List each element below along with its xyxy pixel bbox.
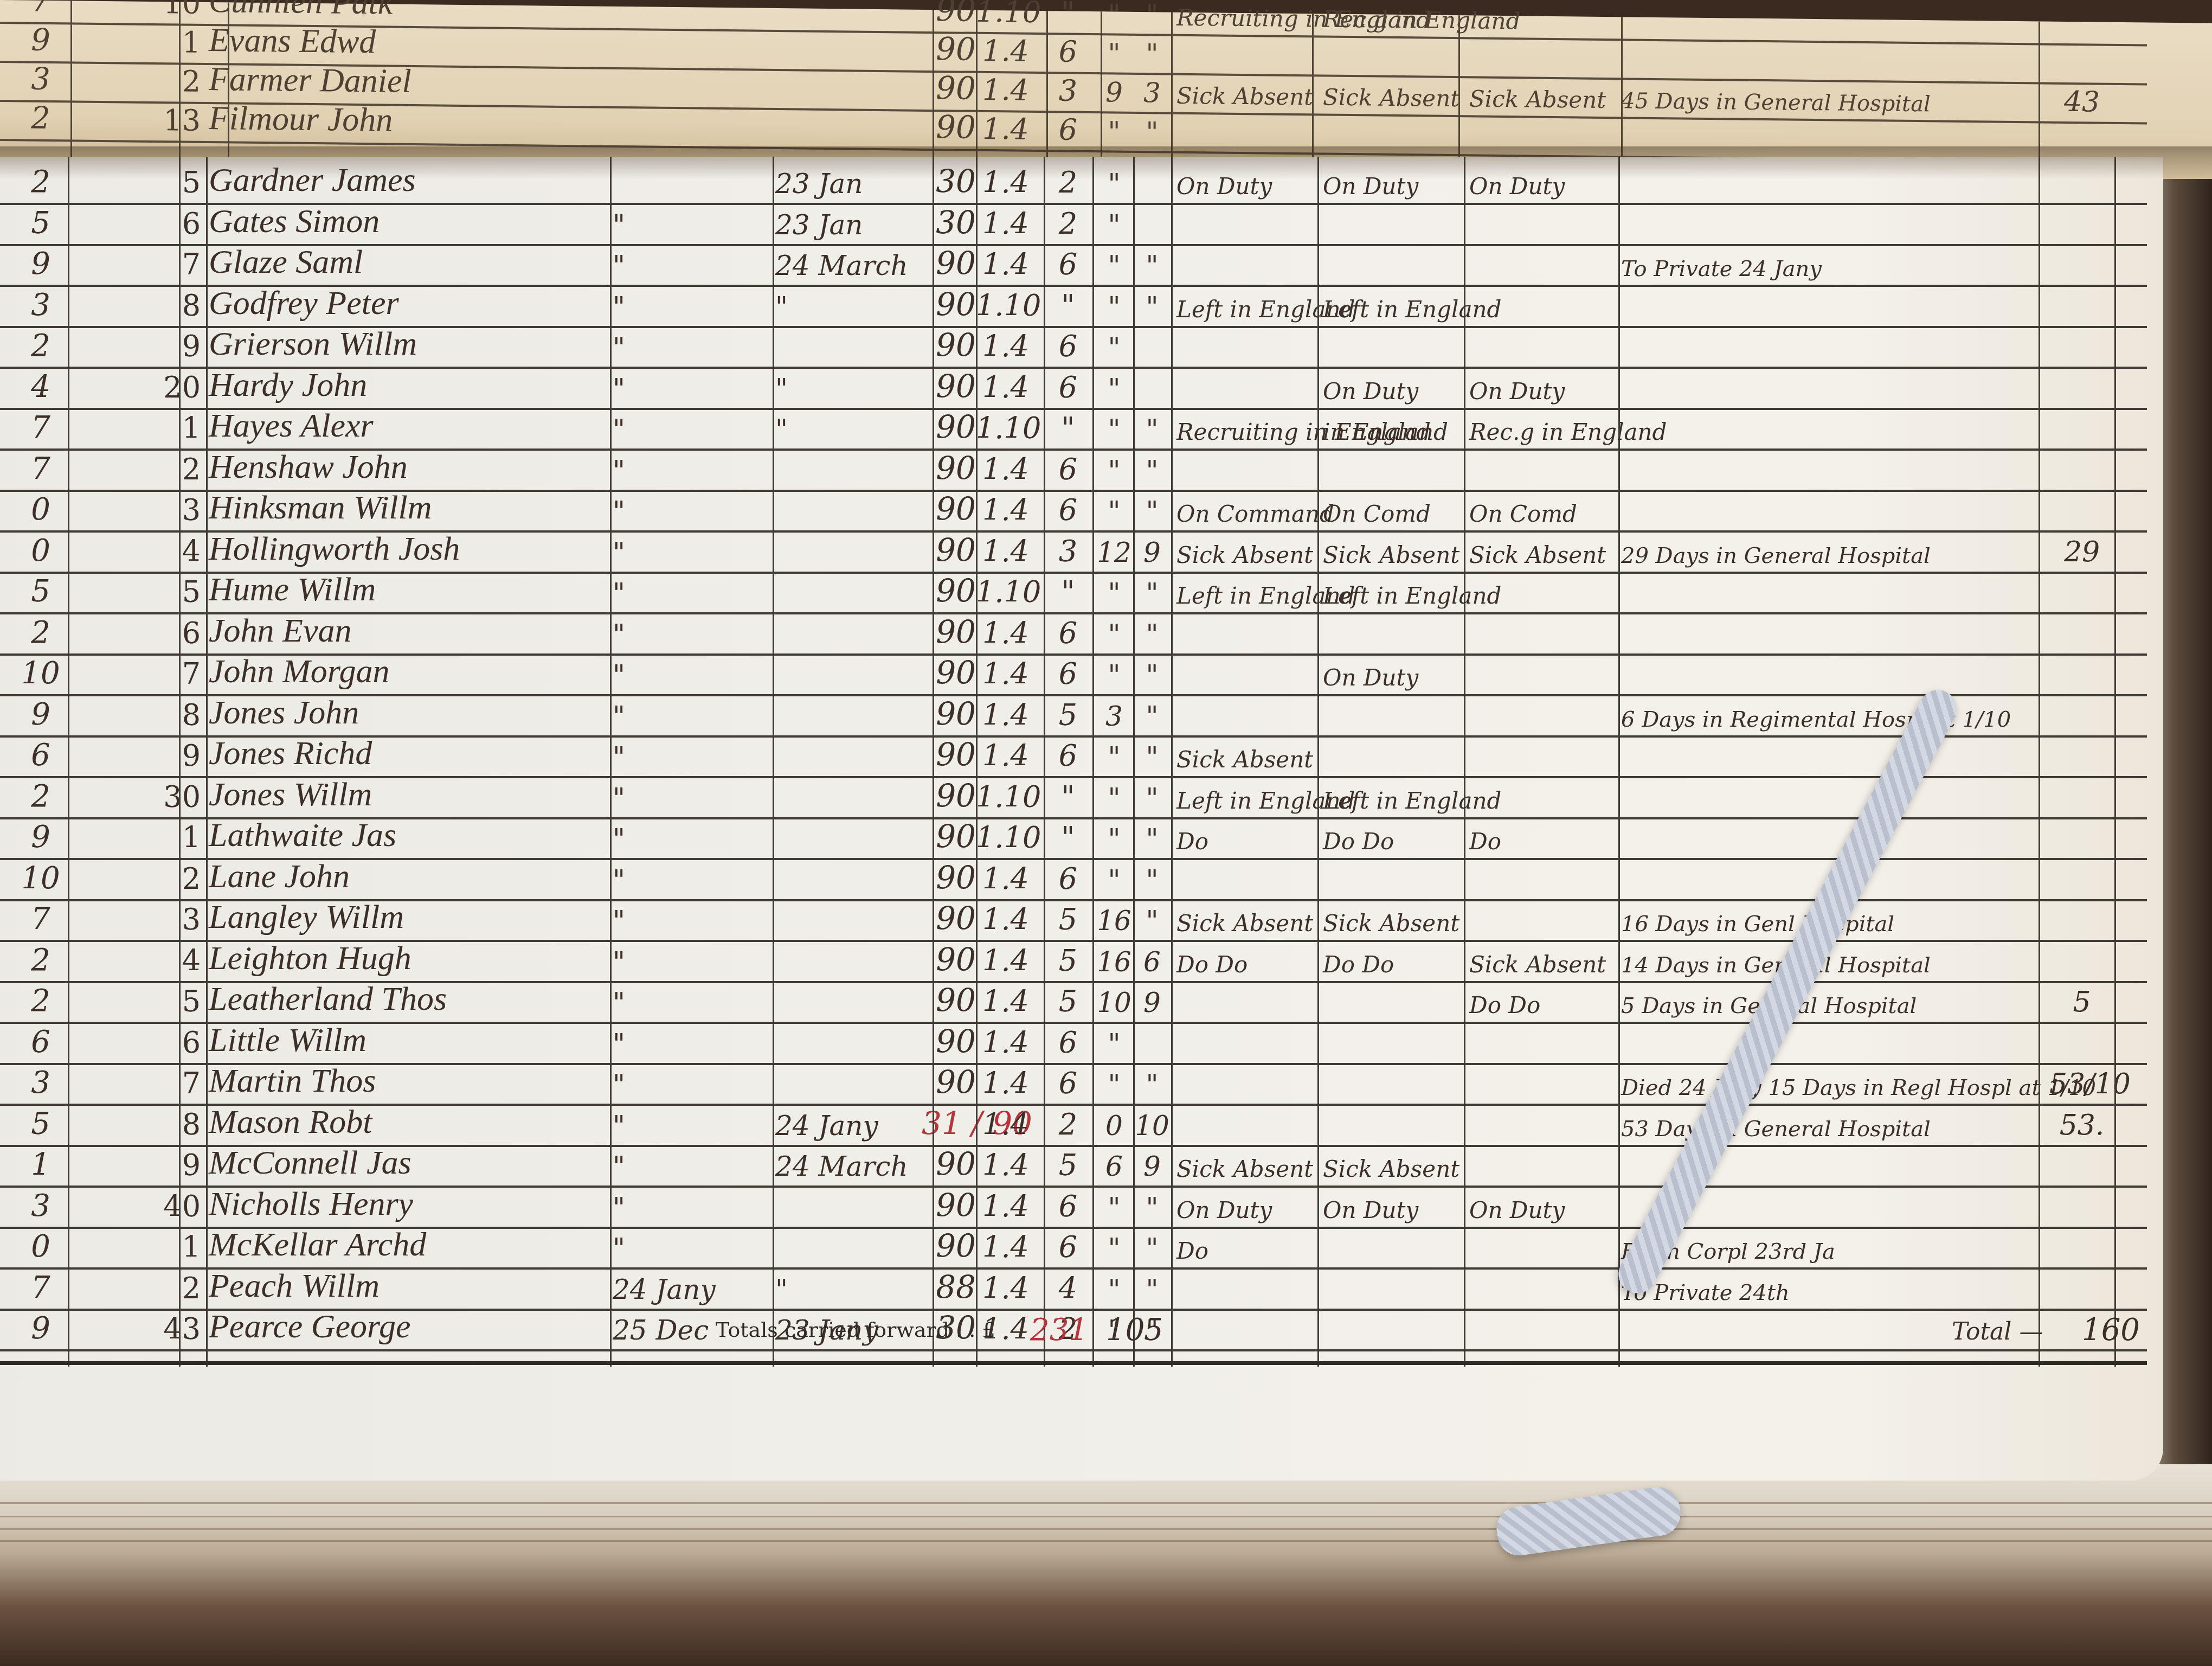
days-count: 90 [922,1023,976,1060]
remarks [1621,74,2033,79]
amount-pence: " [1133,414,1171,445]
tally-mark: 3 [16,61,65,97]
tally-mark: 9 [16,697,65,732]
date-from: " [613,250,775,281]
amount-pounds: " [1046,575,1090,609]
ledger-row: 03Hinksman Willm"901.46""On CommandOn Co… [0,490,2147,533]
row-number: 4 [141,534,201,568]
amount-pence: " [1133,0,1171,31]
row-number: 1 [141,1230,201,1264]
date-from: " [613,496,775,527]
ledger-row: 71Hayes Alexr""901.10"""Recruiting in En… [0,408,2147,451]
status-month-3: Rec.g in England [1469,419,1616,445]
amount-shillings: " [1095,578,1133,609]
days-count: 90 [922,490,976,527]
amount-pounds: 6 [1046,1026,1090,1060]
soldier-name: Jones John [209,694,599,732]
amount-shillings: " [1095,1274,1133,1305]
amount-pence: " [1133,823,1171,855]
tally-mark: 6 [16,1024,65,1060]
row-number: 8 [141,698,201,732]
tally-mark: 10 [16,656,65,691]
row-number: 20 [141,370,201,405]
status-month-3: On Comd [1469,501,1616,527]
soldier-name: Hayes Alexr [209,407,599,445]
ledger-row: 72Peach Willm24 Jany"881.44""To Private … [0,1268,2147,1311]
tally-mark: 0 [16,533,65,568]
column-rule [179,157,181,1367]
soldier-name: Leatherland Thos [209,980,599,1018]
status-month-3: Sick Absent [1469,542,1616,568]
days-count: 90 [922,108,976,146]
amount-pence: " [1133,659,1171,691]
date-from: " [613,741,775,773]
amount-pence: " [1133,116,1171,148]
row-total: 53. [2049,1109,2114,1142]
row-number: 2 [141,64,201,99]
tally-mark: 5 [16,206,65,241]
amount-pounds: 5 [1046,698,1090,732]
daily-rate: 1.4 [976,329,1036,363]
status-month-1: Do [1176,1238,1323,1264]
days-count: 90 [922,818,976,855]
amount-pounds: 6 [1046,112,1090,147]
soldier-name: Gates Simon [209,202,599,241]
soldier-name: Cunnien Patk [209,0,599,25]
amount-shillings: " [1095,783,1133,814]
date-from: " [613,209,775,241]
ledger-row: 107John Morgan"901.46""On Duty [0,654,2147,696]
days-count: 90 [922,1187,976,1223]
daily-rate: 1.4 [976,1189,1036,1223]
soldier-name: Glaze Saml [209,243,599,281]
days-count: 90 [922,326,976,363]
soldier-name: Pearce George [209,1308,599,1346]
days-count: 30 [922,204,976,241]
ledger-row: 55Hume Willm"901.10"""Left in EnglandLef… [0,572,2147,614]
row-number: 3 [141,902,201,937]
daily-rate: 1.4 [976,657,1036,691]
column-rule [933,10,934,167]
amount-pounds: 6 [1046,493,1090,527]
amount-pounds: " [1046,0,1090,30]
days-count: 90 [922,30,976,68]
amount-shillings: 16 [1095,905,1133,937]
date-from: " [613,823,775,855]
daily-rate: 1.4 [976,944,1036,978]
totals-rule [0,1361,2147,1365]
amount-shillings: " [1095,455,1133,486]
amount-shillings: " [1095,250,1133,281]
days-count: 90 [922,245,976,281]
soldier-name: Peach Willm [209,1267,599,1305]
amount-shillings: 3 [1095,701,1133,732]
daily-rate: 1.4 [976,452,1036,486]
soldier-name: Jones Willm [209,776,599,814]
remarks: 6 Days in Regimental Hospl at 1/10 [1621,707,2033,732]
soldier-name: McKellar Archd [209,1226,599,1264]
tally-mark: 9 [16,1311,65,1346]
amount-pence: " [1133,783,1171,814]
soldier-name: Evans Edwd [209,21,599,64]
status-month-2: Sick Absent [1323,910,1469,937]
amount-pence: " [1133,38,1171,70]
date-to: 23 Jan [775,209,938,241]
totals-shillings: 10 [1106,1312,1144,1348]
amount-pounds: 6 [1046,370,1090,405]
row-total: 53/10 [2049,1068,2114,1100]
date-from: " [613,1028,775,1060]
amount-pounds: 6 [1046,34,1090,69]
row-number: 8 [141,289,201,323]
daily-rate: 1.10 [976,411,1036,445]
tally-mark: 3 [16,1188,65,1223]
date-from: " [613,659,775,691]
status-month-1: Recruiting in England [1176,419,1323,445]
ledger-row: 66Little Willm"901.46" [0,1023,2147,1065]
column-rule [1171,157,1173,1367]
status-month-1: Do [1176,828,1323,855]
daily-rate: 1.10 [976,575,1036,609]
row-total [2049,79,2114,80]
status-month-2: Sick Absent [1323,542,1469,568]
status-month-3: On Duty [1469,378,1616,405]
daily-rate: 1.4 [976,207,1036,241]
status-month-2: Sick Absent [1323,84,1469,112]
remarks: Died 24 Jany 15 Days in Regl Hospl at 1/… [1621,1075,2033,1100]
amount-shillings: 10 [1095,987,1133,1018]
date-to: 24 March [775,250,938,281]
amount-pence: " [1133,496,1171,527]
row-number: 8 [141,1107,201,1142]
tally-mark: 0 [16,1229,65,1264]
column-rule [1317,157,1319,1367]
days-count: 90 [922,736,976,773]
daily-rate: 1.4 [976,984,1036,1018]
tally-mark: 2 [16,983,65,1018]
remarks: 29 Days in General Hospital [1621,543,2033,568]
amount-shillings: " [1095,1069,1133,1100]
column-rule [206,157,208,1367]
date-from: " [613,1151,775,1182]
ledger-row: 38Godfrey Peter""901.10"""Left in Englan… [0,286,2147,328]
tally-mark: 6 [16,738,65,773]
date-from: " [613,946,775,978]
date-from: " [613,373,775,405]
days-count: 90 [922,531,976,568]
amount-pounds: 6 [1046,616,1090,650]
amount-shillings: 12 [1095,537,1133,568]
daily-rate: 1.10 [976,289,1036,323]
row-number: 43 [141,1312,201,1346]
status-month-3 [1469,73,1616,74]
daily-rate: 1.4 [976,34,1036,68]
soldier-name: Leighton Hugh [209,939,599,978]
row-number: 2 [141,862,201,896]
amount-pence: " [1133,1192,1171,1223]
amount-shillings: 0 [1095,1110,1133,1142]
ledger-row: 91Lathwaite Jas"901.10"""DoDo DoDo [0,818,2147,860]
status-month-1: On Duty [1176,1197,1323,1223]
status-month-1 [1176,70,1323,72]
remarks: From Corpl 23rd Ja [1621,1239,2033,1264]
ledger-row: 98Jones John"901.453"6 Days in Regimenta… [0,695,2147,738]
daily-rate: 1.10 [976,780,1036,814]
column-rule [70,1,72,158]
book-page-edges [0,1464,2212,1666]
date-from: " [613,332,775,363]
amount-shillings: " [1095,659,1133,691]
ledger-row: 04Hollingworth Josh"901.43129Sick Absent… [0,531,2147,574]
days-count: 90 [922,1145,976,1182]
amount-shillings: " [1095,1233,1133,1264]
status-month-1: Do Do [1176,951,1323,978]
grand-total-label: Total — [1952,1318,2043,1345]
date-to: " [775,373,938,405]
amount-pence: 9 [1133,537,1171,568]
ledger-row: 01McKellar Archd"901.46""DoFrom Corpl 23… [0,1227,2147,1270]
amount-shillings: " [1095,496,1133,527]
amount-shillings: " [1095,619,1133,650]
amount-pounds: 5 [1046,944,1090,978]
amount-shillings: " [1095,209,1133,241]
daily-rate: 1.4 [976,616,1036,650]
amount-shillings: " [1095,1192,1133,1223]
amount-pounds: 5 [1046,1148,1090,1182]
column-rule [1133,157,1135,1367]
tally-mark: 2 [16,943,65,978]
status-month-2: in England [1323,419,1469,445]
row-number: 3 [141,493,201,527]
status-month-1: Recruiting in England [1176,4,1323,33]
row-number: 10 [141,0,201,21]
totals-pounds: 231 [1030,1312,1088,1348]
row-number: 7 [141,657,201,691]
amount-pounds: 5 [1046,902,1090,937]
days-count: 90 [922,695,976,732]
amount-pence: " [1133,741,1171,773]
totals-pence: 5 [1144,1312,1163,1348]
days-count: 90 [922,286,976,323]
amount-pence: " [1133,1069,1171,1100]
days-count: 90 [922,368,976,405]
tally-mark: 1 [16,1147,65,1182]
days-count: 90 [922,1063,976,1100]
date-to: " [775,291,938,323]
tally-mark: 7 [16,451,65,486]
column-rule [1044,157,1045,1367]
date-from: " [613,455,775,486]
status-month-1: Sick Absent [1176,910,1323,937]
row-number: 2 [141,452,201,486]
soldier-name: Langley Willm [209,898,599,937]
amount-shillings: 6 [1095,1151,1133,1182]
status-month-2: Rec.g in England [1323,6,1469,34]
row-number: 1 [141,821,201,855]
row-number: 7 [141,247,201,281]
date-from: " [613,578,775,609]
tally-mark: 7 [16,901,65,937]
amount-pence: " [1133,701,1171,732]
soldier-name: Mason Robt [209,1103,599,1142]
tally-mark: 7 [16,410,65,445]
daily-rate: 1.4 [976,370,1036,405]
daily-rate: 1.4 [976,698,1036,732]
daily-rate: 1.4 [976,862,1036,896]
row-number: 5 [141,984,201,1018]
soldier-name: Hardy John [209,366,599,405]
amount-shillings: " [1095,332,1133,363]
date-from: " [613,291,775,323]
soldier-name: Godfrey Peter [209,284,599,323]
amount-pounds: " [1046,821,1090,855]
column-rule [773,157,774,1367]
date-from: " [613,619,775,650]
status-month-2: Do Do [1323,828,1469,855]
soldier-name: Lane John [209,857,599,896]
amount-shillings: " [1095,864,1133,896]
date-from: " [613,1069,775,1100]
date-from: " [613,414,775,445]
ledger-row: 340Nicholls Henry"901.46""On DutyOn Duty… [0,1187,2147,1229]
date-from: " [613,864,775,896]
status-month-2: On Duty [1323,378,1469,405]
status-month-2: Left in England [1323,296,1469,323]
days-count: 90 [922,0,976,29]
page-fold-shadow [0,146,2212,179]
soldier-name: Hinksman Willm [209,489,599,527]
tally-mark: 4 [16,369,65,405]
row-number: 4 [141,944,201,978]
ledger-row: 19McConnell Jas"24 March901.4569Sick Abs… [0,1145,2147,1188]
days-count: 90 [922,69,976,107]
amount-shillings: " [1095,741,1133,773]
row-number: 6 [141,207,201,241]
soldier-name: Martin Thos [209,1062,599,1100]
ledger-row: 37Martin Thos"901.46""Died 24 Jany 15 Da… [0,1063,2147,1106]
daily-rate: 1.4 [976,902,1036,937]
amount-pounds: 6 [1046,657,1090,691]
status-month-2: Left in England [1323,787,1469,814]
row-number: 6 [141,616,201,650]
amount-shillings: " [1095,1028,1133,1060]
remarks: 45 Days in General Hospital [1621,88,2033,118]
column-rule [68,157,69,1367]
daily-rate: 1.4 [976,1148,1036,1182]
remarks [1621,35,2033,40]
soldier-name: Little Willm [209,1021,599,1060]
amount-pounds: 3 [1046,534,1090,568]
days-count: 90 [922,572,976,609]
status-month-2: On Duty [1323,664,1469,691]
remarks: 5 Days in General Hospital [1621,994,2033,1018]
amount-pence: 9 [1133,1151,1171,1182]
status-month-1: Sick Absent [1176,1156,1323,1182]
daily-rate: 1.4 [976,739,1036,773]
amount-pence: " [1133,864,1171,896]
status-month-1: Left in England [1176,296,1323,323]
amount-shillings: " [1095,823,1133,855]
tally-mark: 7 [16,1270,65,1305]
column-rule [1101,11,1102,169]
amount-pence: " [1133,1233,1171,1264]
days-count: 90 [922,982,976,1018]
column-rule [1464,157,1465,1367]
days-count: 31 / 90 [922,1105,976,1142]
tally-mark: 0 [16,492,65,527]
status-month-1: Sick Absent [1176,746,1323,773]
soldier-name: Farmer Daniel [209,60,599,103]
amount-pence: 10 [1133,1110,1171,1142]
days-count: 90 [922,654,976,691]
amount-shillings: " [1095,291,1133,323]
daily-rate: 1.4 [976,73,1036,107]
tally-mark: 9 [16,819,65,855]
date-from: " [613,701,775,732]
status-month-2: On Comd [1323,501,1469,527]
ledger-row: 420Hardy John""901.46"On DutyOn Duty [0,368,2147,410]
row-number: 2 [141,1271,201,1305]
status-month-2: Left in England [1323,582,1469,609]
status-month-3: Sick Absent [1469,85,1616,113]
ledger-row: 230Jones Willm"901.10"""Left in EnglandL… [0,777,2147,819]
status-month-2: On Duty [1323,1197,1469,1223]
row-number: 13 [141,103,201,138]
amount-pounds: 6 [1046,1230,1090,1264]
ledger-row: 69Jones Richd"901.46""Sick Absent [0,736,2147,778]
tally-mark: 2 [16,779,65,814]
tally-mark: 2 [16,615,65,650]
amount-shillings: 16 [1095,946,1133,978]
date-to: " [775,414,938,445]
column-rule [1092,157,1094,1367]
date-from: " [613,1192,775,1223]
amount-pence: 3 [1133,77,1171,109]
daily-rate: 1.10 [976,821,1036,855]
soldier-name: Lathwaite Jas [209,816,599,855]
amount-pence: " [1133,1274,1171,1305]
daily-rate: 1.4 [976,1066,1036,1100]
amount-pounds: 6 [1046,452,1090,486]
column-rule [976,157,978,1367]
ledger-photo: 710Cunnien Patk901.10"""Recruiting in En… [0,0,2212,1666]
row-total [2049,40,2114,41]
soldier-name: Hume Willm [209,571,599,609]
amount-pounds: 6 [1046,1066,1090,1100]
status-month-3: Do Do [1469,992,1616,1018]
amount-pence: 9 [1133,987,1171,1018]
date-to: 24 March [775,1151,938,1182]
ledger-row: 26John Evan"901.46"" [0,613,2147,656]
amount-pounds: 6 [1046,862,1090,896]
soldier-name: Filmour John [209,99,599,142]
tally-mark: 3 [16,287,65,323]
soldier-name: Hollingworth Josh [209,530,599,568]
soldier-name: Jones Richd [209,734,599,773]
remarks: To Private 24 Jany [1621,257,2033,281]
amount-pence: " [1133,619,1171,650]
amount-shillings: " [1095,373,1133,405]
daily-rate: 1.4 [976,1271,1036,1305]
amount-pounds: 4 [1046,1271,1090,1305]
row-number: 7 [141,1066,201,1100]
ledger-row: 72Henshaw John"901.46"" [0,450,2147,492]
date-from: 24 Jany [613,1274,775,1305]
days-count: 90 [922,777,976,814]
tally-mark: 2 [16,328,65,363]
days-count: 90 [922,450,976,486]
amount-pence: " [1133,455,1171,486]
